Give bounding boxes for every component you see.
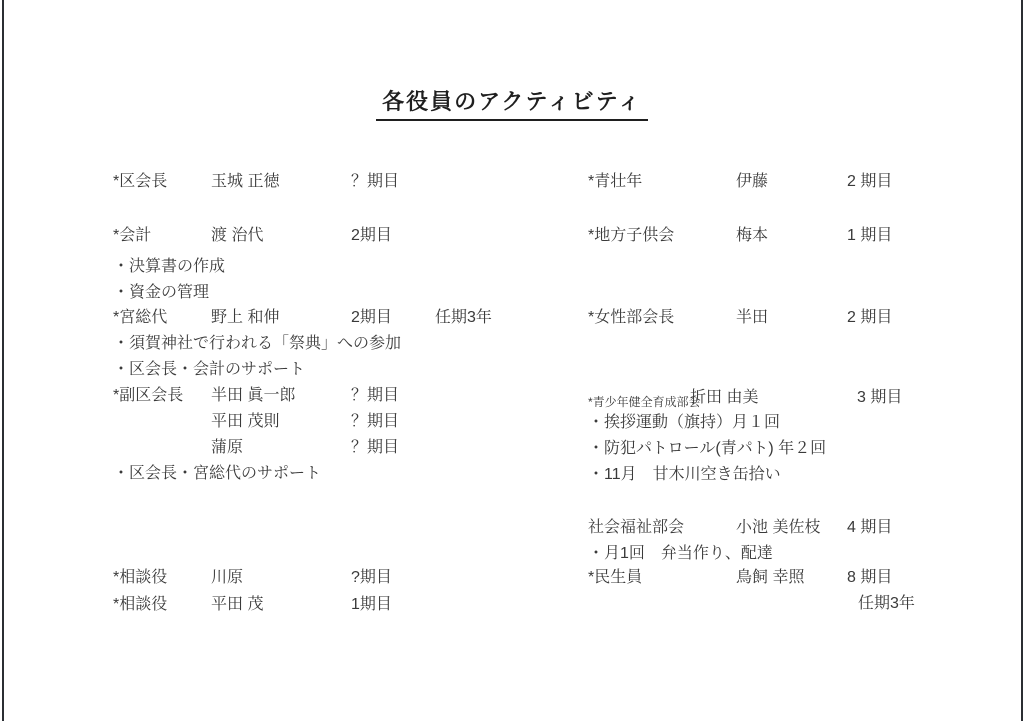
officer-name: 梅本 — [736, 226, 768, 246]
officer-term: 1 期目 — [847, 226, 892, 246]
duty-bullet: ・決算書の作成 — [113, 257, 225, 279]
officer-name: 半田 — [736, 308, 768, 328]
officer-name: 平田 茂則 — [211, 412, 279, 432]
duty-text: ・防犯パトロール(青パト) 年２回 — [588, 439, 826, 459]
right-column: *青壮年 伊藤 2 期目 *地方子供会 梅本 1 期目 *女性部会長 半田 2 … — [588, 0, 1018, 721]
officer-role: *副区会長 — [113, 386, 183, 406]
officer-name: 平田 茂 — [211, 595, 263, 615]
duty-text: ・区会長・会計のサポート — [113, 360, 305, 380]
duty-text: ・月1回 弁当作り、配達 — [588, 544, 773, 564]
officer-term-length: 任期3年 — [435, 308, 492, 328]
duty-text: ・須賀神社で行われる「祭典」への参加 — [113, 334, 401, 354]
officer-role: *青壮年 — [588, 172, 642, 192]
duty-text: ・決算書の作成 — [113, 257, 225, 277]
duty-bullet: ・区会長・会計のサポート — [113, 360, 305, 382]
officer-term: 4 期目 — [847, 518, 892, 538]
officer-role: *地方子供会 — [588, 226, 674, 246]
officer-name: 川原 — [211, 568, 243, 588]
officer-term: 8 期目 — [847, 568, 892, 588]
officer-term: 3 期目 — [857, 388, 902, 408]
officer-term: ?期目 — [351, 568, 392, 588]
officer-role: *会計 — [113, 226, 151, 246]
officer-name: 鳥飼 幸照 — [736, 568, 804, 588]
left-column: *区会長 玉城 正徳 ？期目 *会計 渡 治代 2期目 ・決算書の作成 ・資金の… — [113, 0, 593, 721]
officer-name: 玉城 正徳 — [211, 172, 279, 192]
officer-name: 折田 由美 — [690, 388, 758, 408]
officer-role: *宮総代 — [113, 308, 167, 328]
officer-name: 渡 治代 — [211, 226, 263, 246]
officer-term: 2 期目 — [847, 308, 892, 328]
officer-name: 小池 美佐枝 — [736, 518, 820, 538]
document-page: 各役員のアクティビティ *区会長 玉城 正徳 ？期目 *会計 渡 治代 2期目 … — [0, 0, 1024, 721]
duty-bullet: ・11月 甘木川空き缶拾い — [588, 465, 781, 487]
officer-role: *青少年健全育成部会 — [588, 392, 701, 412]
officer-term: ？期目 — [351, 412, 399, 432]
duty-bullet: ・資金の管理 — [113, 283, 209, 305]
duty-bullet: ・防犯パトロール(青パト) 年２回 — [588, 439, 826, 461]
officer-term: ？期目 — [351, 172, 399, 192]
duty-text: ・挨拶運動（旗持）月１回 — [588, 413, 780, 433]
officer-role: 社会福祉部会 — [588, 518, 684, 538]
officer-role: *民生員 — [588, 568, 642, 588]
officer-name: 蒲原 — [211, 438, 243, 458]
officer-term: ？期目 — [351, 438, 399, 458]
officer-role: *相談役 — [113, 595, 167, 615]
duty-bullet: ・区会長・宮総代のサポート — [113, 464, 321, 486]
officer-role: *区会長 — [113, 172, 167, 192]
officer-term: 2期目 — [351, 226, 392, 246]
officer-name: 野上 和伸 — [211, 308, 279, 328]
officer-term: ？期目 — [351, 386, 399, 406]
duty-bullet: ・挨拶運動（旗持）月１回 — [588, 413, 780, 435]
officer-name: 伊藤 — [736, 172, 768, 192]
officer-role: *相談役 — [113, 568, 167, 588]
officer-term-length: 任期3年 — [858, 594, 915, 614]
duty-bullet: ・月1回 弁当作り、配達 — [588, 544, 773, 566]
duty-text: ・資金の管理 — [113, 283, 209, 303]
officer-term: 2期目 — [351, 308, 392, 328]
duty-bullet: ・須賀神社で行われる「祭典」への参加 — [113, 334, 401, 356]
officer-term: 1期目 — [351, 595, 392, 615]
duty-text: ・11月 甘木川空き缶拾い — [588, 465, 781, 485]
officer-role: *女性部会長 — [588, 308, 674, 328]
duty-text: ・区会長・宮総代のサポート — [113, 464, 321, 484]
officer-term: 2 期目 — [847, 172, 892, 192]
officer-name: 半田 眞一郎 — [211, 386, 295, 406]
